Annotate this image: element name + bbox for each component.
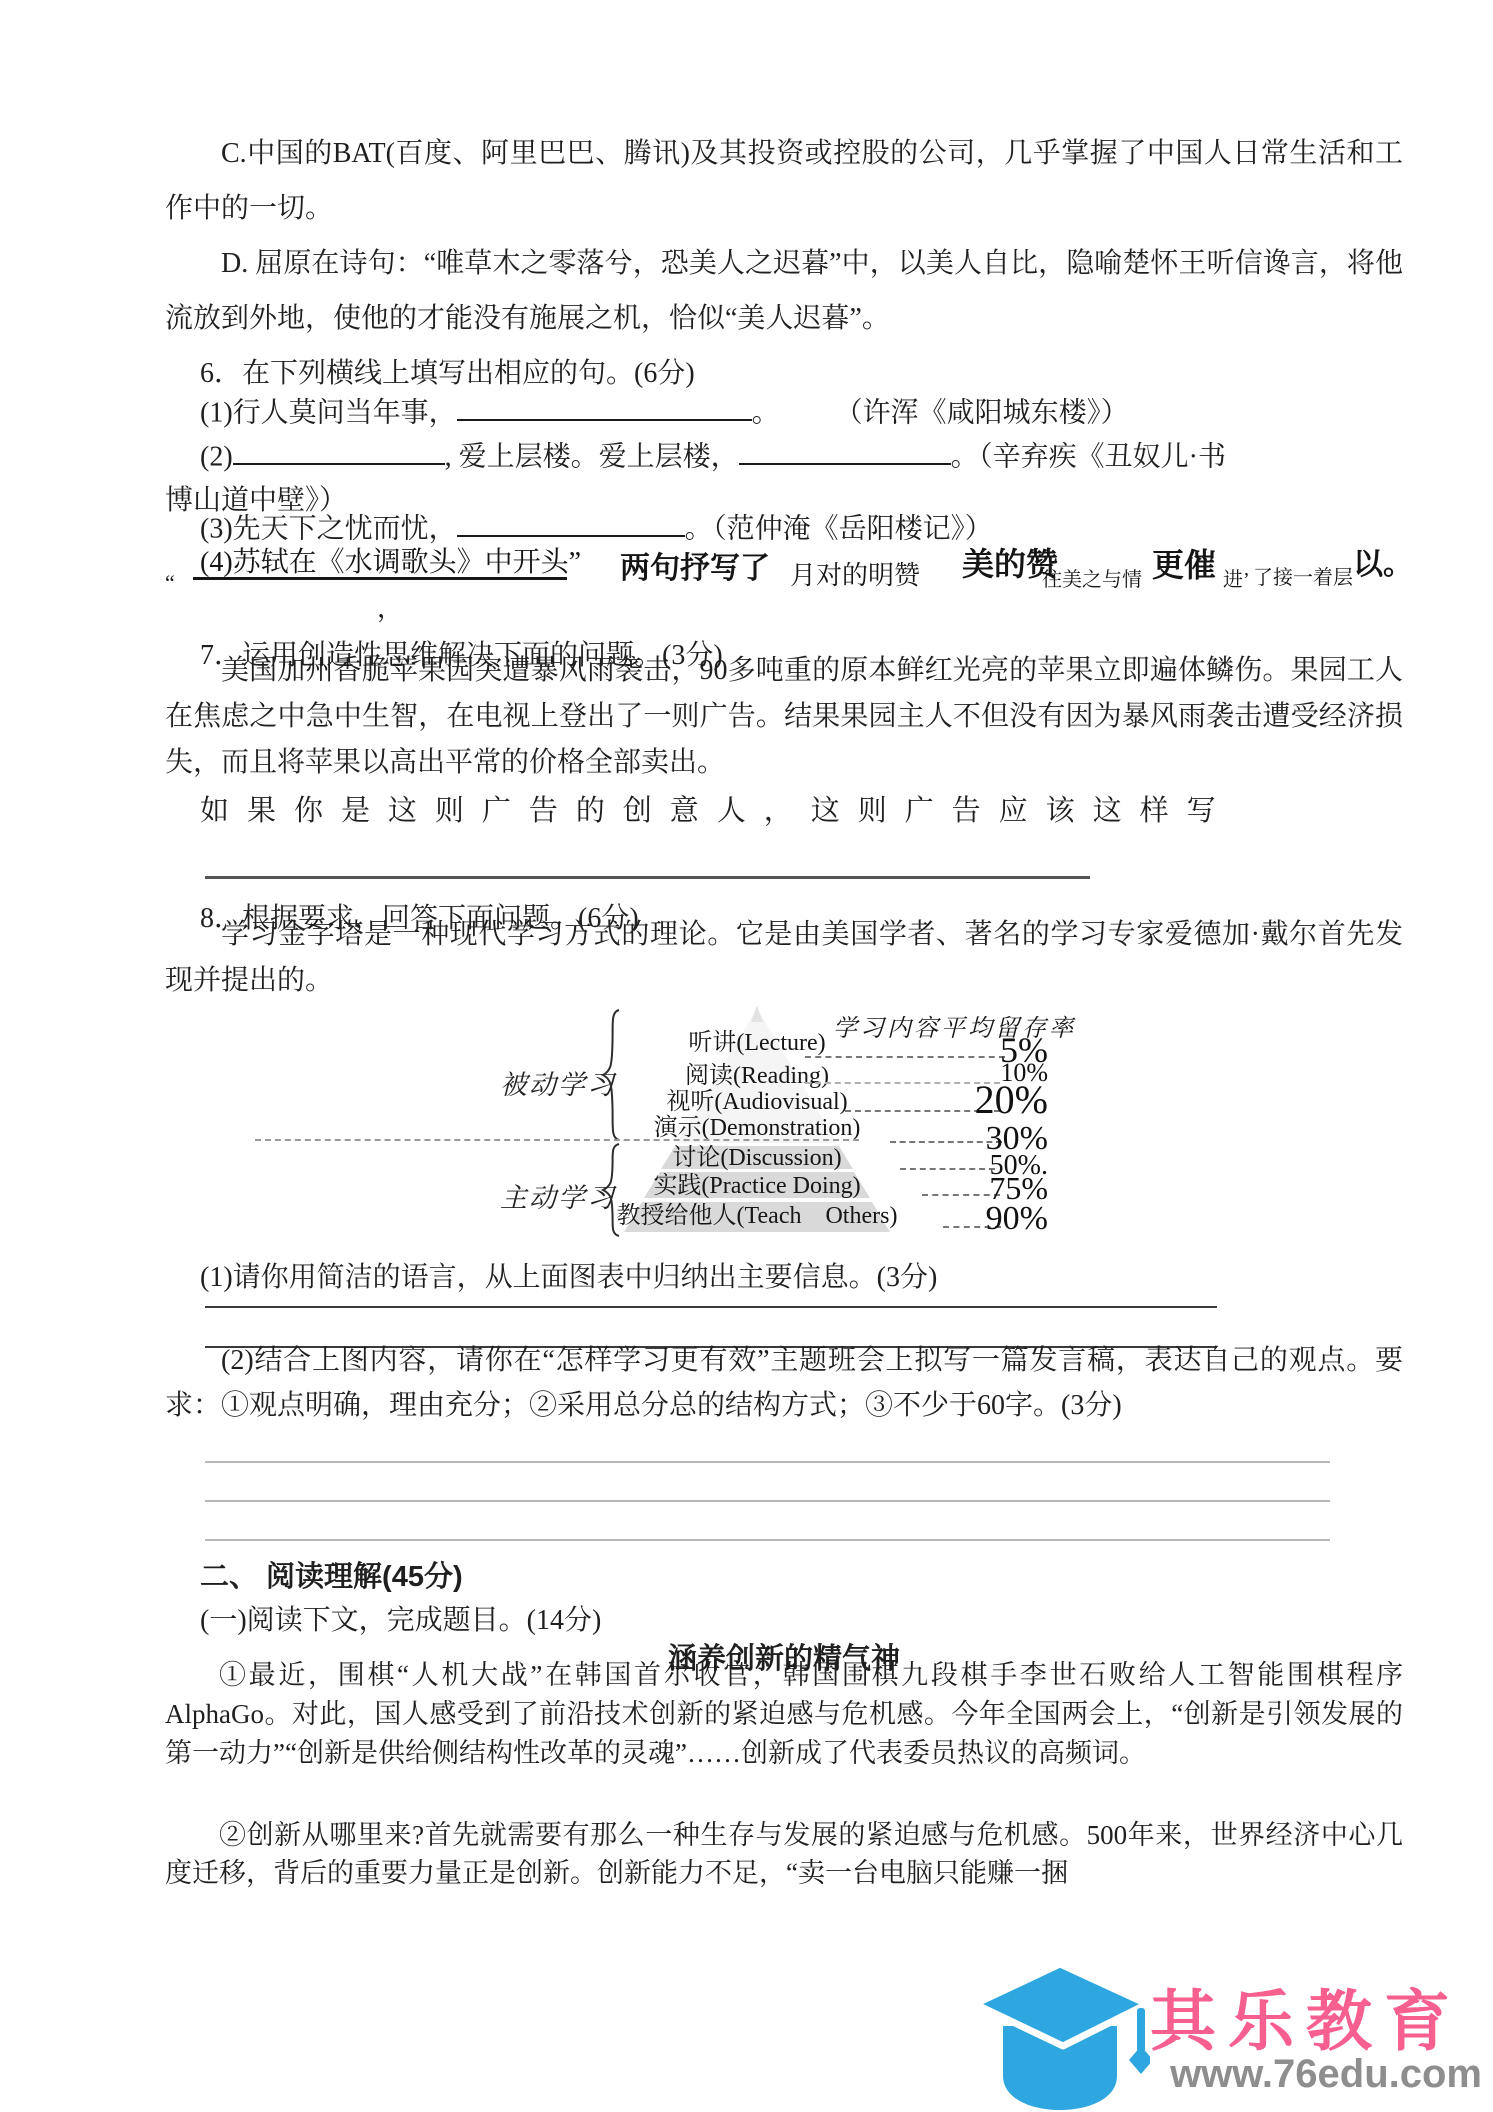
q6-item-1-period: 。 <box>752 397 780 428</box>
fill-in-blank <box>457 506 685 537</box>
q6-item-1-pre: (1)行人莫问当年事， <box>200 397 457 428</box>
garbled-text: 往美之与情 <box>1042 553 1142 608</box>
leader-line <box>805 1082 1000 1084</box>
q6-item-1-source: （许浑《咸阳城东楼》） <box>835 397 1129 428</box>
fill-in-blank <box>457 390 752 421</box>
active-brace-icon <box>599 1142 623 1238</box>
pyramid-row-label: 视听(Audiovisual) <box>666 1089 847 1117</box>
q7-prompt: 如果你是这则广告的创意人，这则广告应该这样写 <box>165 784 1438 839</box>
passage-para-2: ②创新从哪里来?首先就需要有那么一种生存与发展的紧迫感与危机感。500年来，世界… <box>165 1816 1403 1892</box>
tassel-cord <box>1137 2008 1145 2052</box>
q6-item-2-num: (2) <box>200 441 233 472</box>
leader-line <box>922 1194 1000 1196</box>
answer-line <box>205 1306 1217 1308</box>
passage-para-1: ①最近，围棋“人机大战”在韩国首尔收官，韩国围棋九段棋手李世石败给人工智能围棋程… <box>165 1656 1403 1773</box>
option-c: C.中国的BAT(百度、阿里巴巴、腾讯)及其投资或控股的公司，几乎掌握了中国人日… <box>165 126 1403 236</box>
graduation-cap-icon <box>975 1960 1150 2112</box>
q8-sub1: (1)请你用简洁的语言，从上面图表中归纳出主要信息。(3分) <box>165 1250 1438 1305</box>
leader-line <box>805 1056 1005 1058</box>
logo-url: www.76edu.com <box>1152 2052 1482 2097</box>
leader-line <box>900 1168 995 1170</box>
q6-item-4-garbled: (4)苏轼在《水调歌头》中开头” “ ， 两句抒写了 月对的明赞 美的赞 往美之… <box>165 535 1403 627</box>
q6-item-2: (2), 爱上层楼。爱上层楼，。（辛弃疾《丑奴儿·书 <box>165 434 1438 480</box>
pyramid-row-label: 教授给他人(Teach Others) <box>617 1203 898 1231</box>
q6-item-1: (1)行人莫问当年事，。（许浑《咸阳城东楼》） <box>165 390 1438 436</box>
pyramid-row-label: 阅读(Reading) <box>685 1063 829 1091</box>
q6-item-4-open-quote: “ <box>165 555 175 610</box>
retention-value: 90% <box>986 1202 1048 1236</box>
pyramid-row-label: 讨论(Discussion) <box>672 1145 841 1173</box>
q6-item-2-mid: , 爱上层楼。爱上层楼， <box>445 441 739 472</box>
q7-body: 美国加州香脆苹果园突遭暴风雨袭击，90多吨重的原本鲜红光亮的苹果立即遍体鳞伤。果… <box>165 648 1403 786</box>
fill-in-blank <box>739 434 951 465</box>
retention-value: 20% <box>975 1080 1048 1120</box>
garbled-text: 以。 <box>1353 537 1413 592</box>
fill-in-underline <box>193 577 567 580</box>
fill-in-blank <box>233 434 445 465</box>
section-2-heading: 二、 阅读理解(45分) <box>165 1552 1438 1602</box>
answer-line <box>205 1539 1330 1541</box>
answer-line <box>205 876 1090 879</box>
q6-item-2-tail: 。（辛弃疾《丑奴儿·书 <box>951 441 1226 472</box>
passive-brace-icon <box>599 1008 623 1142</box>
answer-line <box>205 1500 1330 1502</box>
pyramid-row-label: 听讲(Lecture) <box>688 1030 825 1058</box>
pyramid-row-label: 实践(Practice Doing) <box>653 1173 860 1201</box>
option-d: D. 屈原在诗句：“唯草木之零落兮，恐美人之迟暮”中，以美人自比，隐喻楚怀王听信… <box>165 236 1403 346</box>
garbled-text: 进’ <box>1223 553 1250 608</box>
garbled-text: 月对的明赞 <box>790 548 920 603</box>
exam-page: C.中国的BAT(百度、阿里巴巴、腾讯)及其投资或控股的公司，几乎掌握了中国人日… <box>0 0 1493 2112</box>
q8-sub2: (2)结合上图内容，请你在“怎样学习更有效”主题班会上拟写一篇发言稿，表达自己的… <box>165 1338 1403 1428</box>
tassel-end <box>1129 2046 1150 2074</box>
garbled-text: 了接一着层 <box>1253 551 1353 606</box>
passive-active-divider <box>255 1139 859 1141</box>
garbled-text: 两句抒写了 <box>620 541 770 596</box>
garbled-text: 更催 <box>1152 538 1216 593</box>
answer-line <box>205 1461 1330 1463</box>
logo-brand-name: 其乐教育 <box>1150 1968 1462 2063</box>
q8-body: 学习金字塔是一种现代学习方式的理论。它是由美国学者、著名的学习专家爱德加·戴尔首… <box>165 912 1403 1004</box>
